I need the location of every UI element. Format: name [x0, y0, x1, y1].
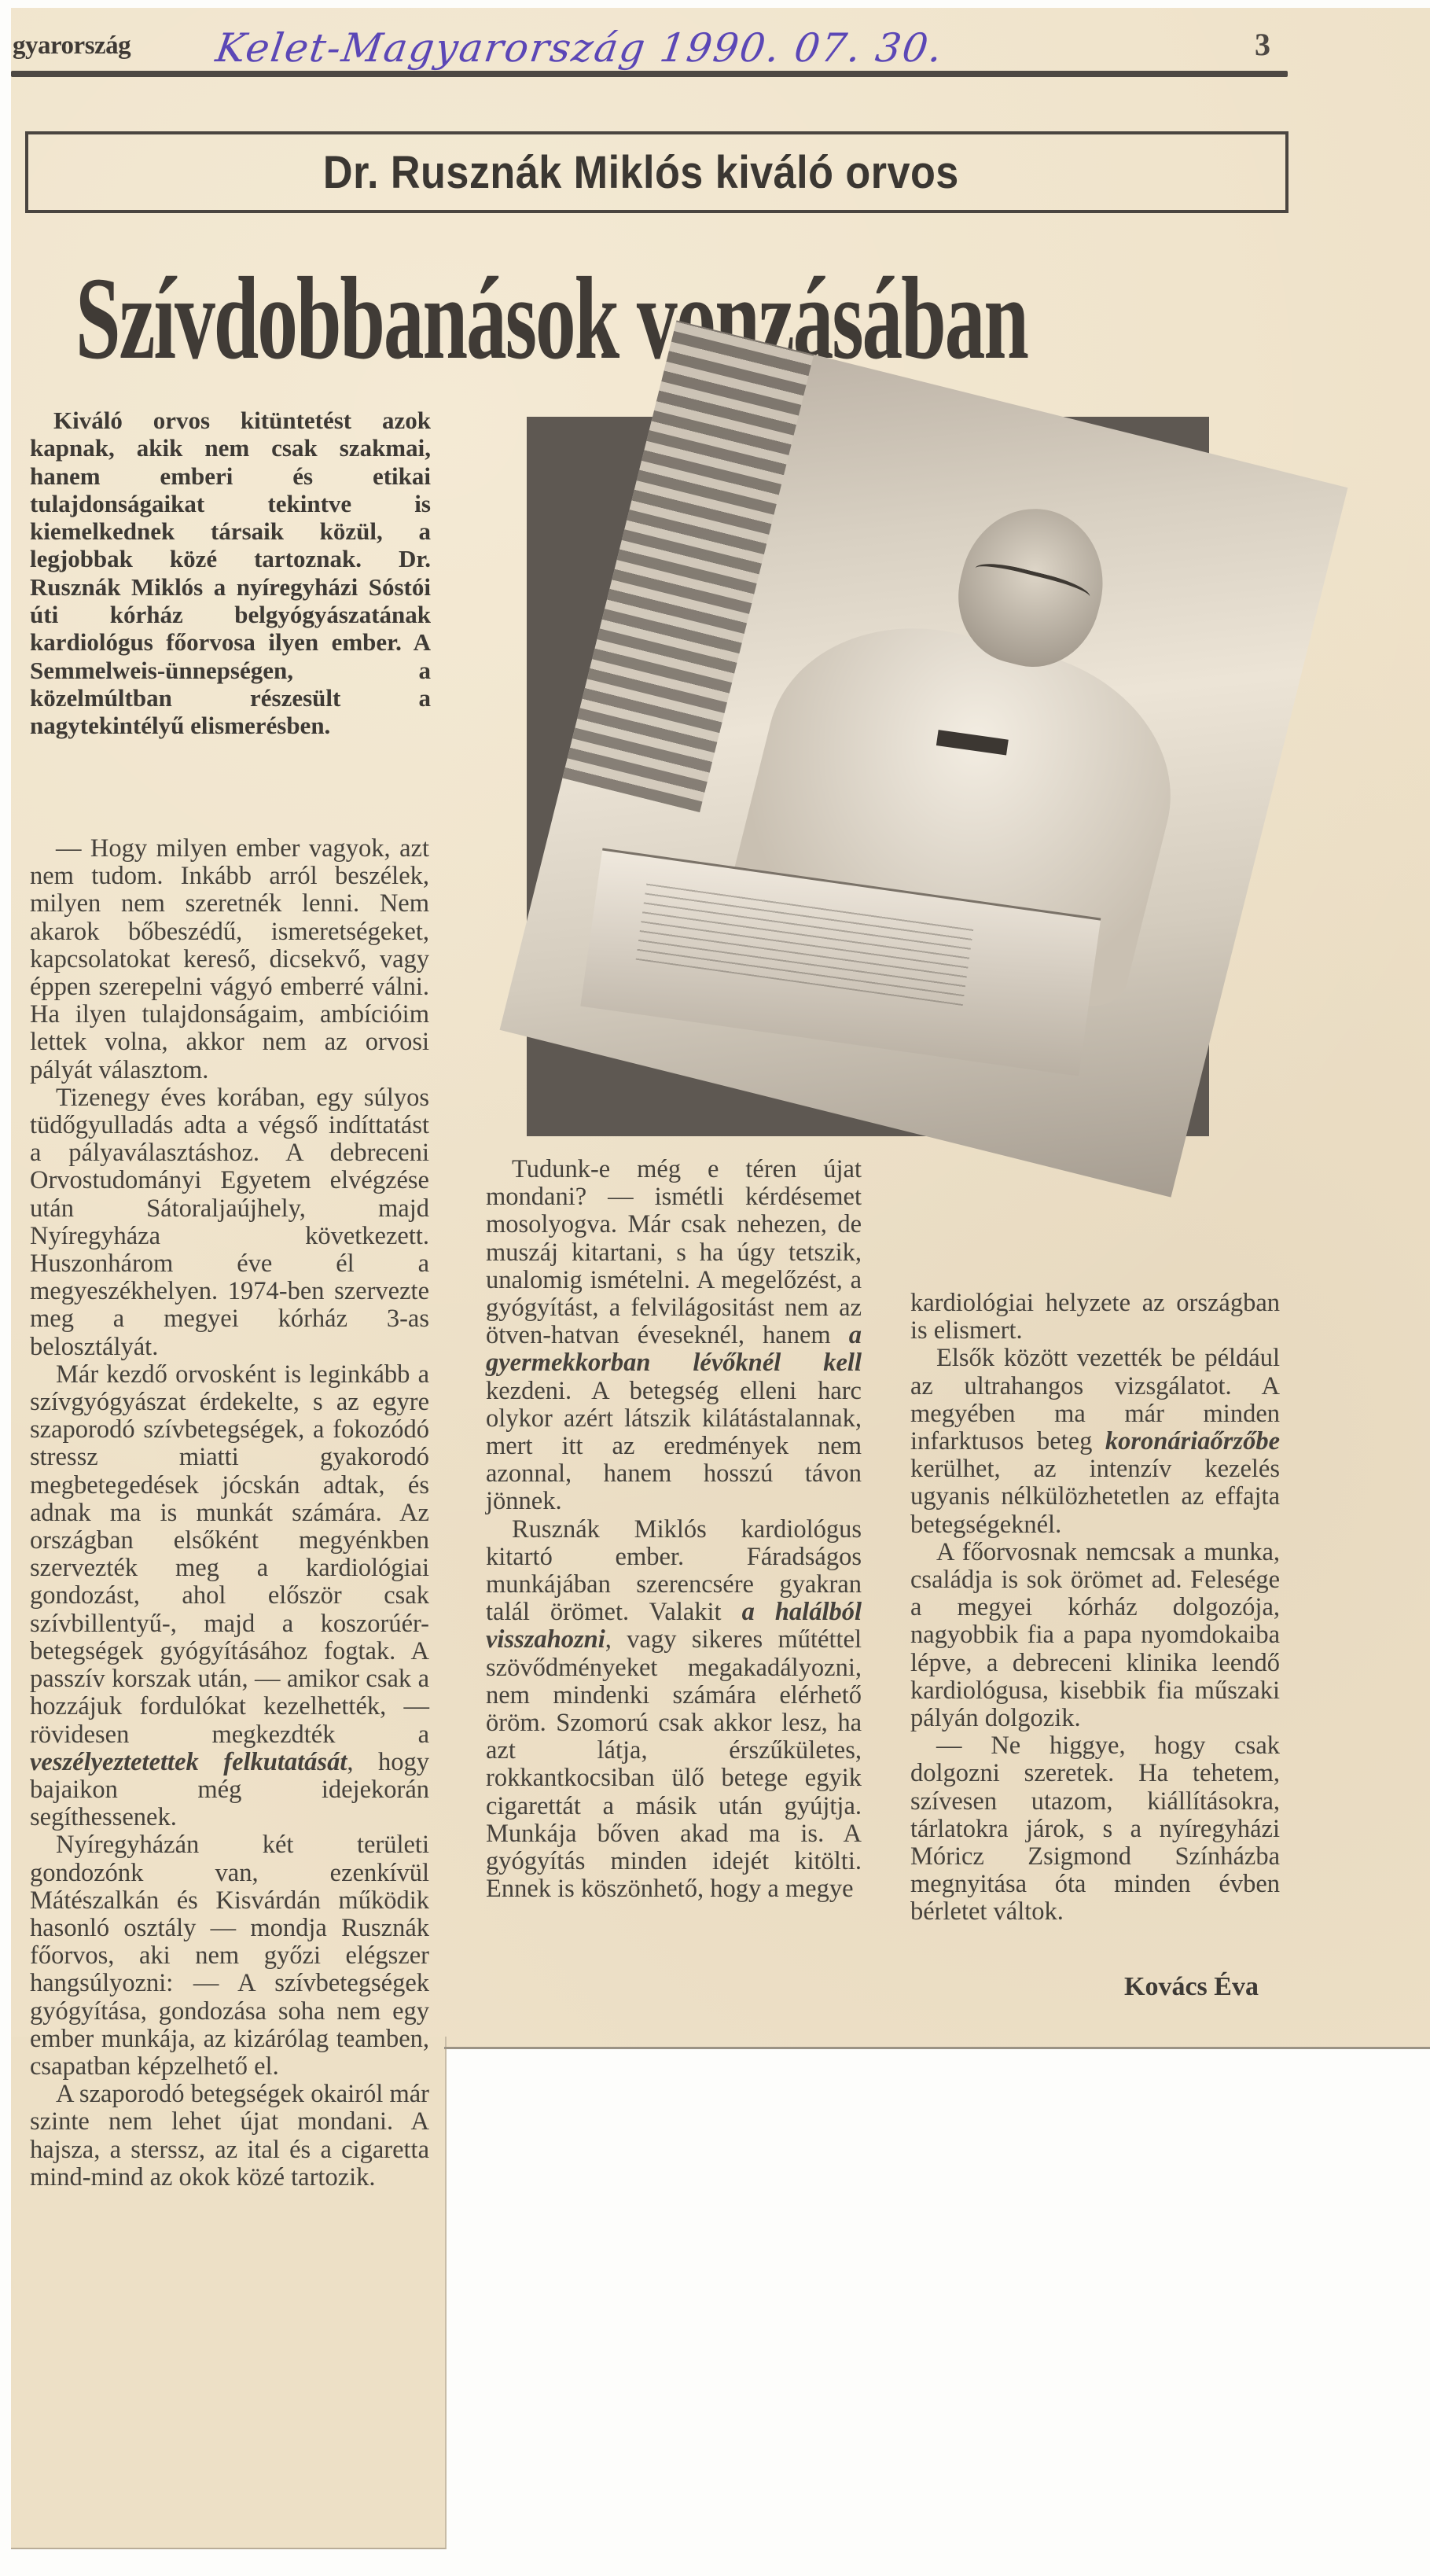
paragraph: Rusznák Miklós kardiológus kitartó ember…	[486, 1516, 862, 1904]
paragraph: Nyíregyházán két területi gondozónk van,…	[30, 1831, 429, 2081]
article-lead: Kiváló orvos kitüntetést azok kapnak, ak…	[30, 407, 431, 740]
article-column-1: — Hogy milyen ember vagyok, azt nem tudo…	[30, 835, 429, 2191]
paragraph: kardiológiai helyzete az országban is el…	[910, 1290, 1280, 1345]
paragraph-text: , vagy sikeres műtéttel szövődményeket m…	[486, 1625, 862, 1903]
paragraph: — Hogy milyen ember vagyok, azt nem tudo…	[30, 835, 429, 1084]
lead-paragraph: Kiváló orvos kitüntetést azok kapnak, ak…	[30, 407, 431, 740]
clipping-cut-edge	[444, 2047, 1430, 2049]
kicker-box: Dr. Rusznák Miklós kiváló orvos	[25, 131, 1288, 213]
kicker: Dr. Rusznák Miklós kiváló orvos	[323, 146, 959, 199]
paragraph: Már kezdő orvosként is leginkább a szívg…	[30, 1361, 429, 1831]
paragraph: Tizenegy éves korában, egy súlyos tüdőgy…	[30, 1084, 429, 1361]
byline: Kovács Éva	[1124, 1972, 1259, 2002]
article-column-2: Tudunk-e még e téren újat mondani? — ism…	[486, 1156, 862, 1903]
paragraph-text: kezdeni. A betegség elleni harc olykor a…	[486, 1377, 862, 1516]
header-rule	[11, 71, 1288, 77]
paragraph: Tudunk-e még e téren újat mondani? — ism…	[486, 1156, 862, 1516]
emphasis-text: veszélyeztetettek felkutatását	[30, 1748, 347, 1776]
handwritten-source-note: Kelet-Magyarország 1990. 07. 30.	[213, 25, 947, 71]
paragraph-text: Tudunk-e még e téren újat mondani? — ism…	[486, 1155, 862, 1349]
paragraph: Elsők között vezették be például az ultr…	[910, 1345, 1280, 1538]
paragraph-text: kerülhet, az intenzív kezelés ugyanis né…	[910, 1455, 1280, 1538]
paragraph: — Ne higgye, hogy csak dolgozni szeretek…	[910, 1732, 1280, 1926]
page-number: 3	[1255, 26, 1270, 63]
article-column-3: kardiológiai helyzete az országban is el…	[910, 1290, 1280, 1926]
emphasis-text: koronáriaőrzőbe	[1105, 1427, 1280, 1455]
paragraph: A főorvosnak nemcsak a munka, családja i…	[910, 1539, 1280, 1732]
paragraph-text: Már kezdő orvosként is leginkább a szívg…	[30, 1360, 429, 1749]
masthead-fragment: gyarország	[13, 31, 131, 61]
headline: Szívdobbanások vonzásában	[75, 259, 1027, 377]
paragraph: A szaporodó betegségek okairól már szint…	[30, 2081, 429, 2191]
